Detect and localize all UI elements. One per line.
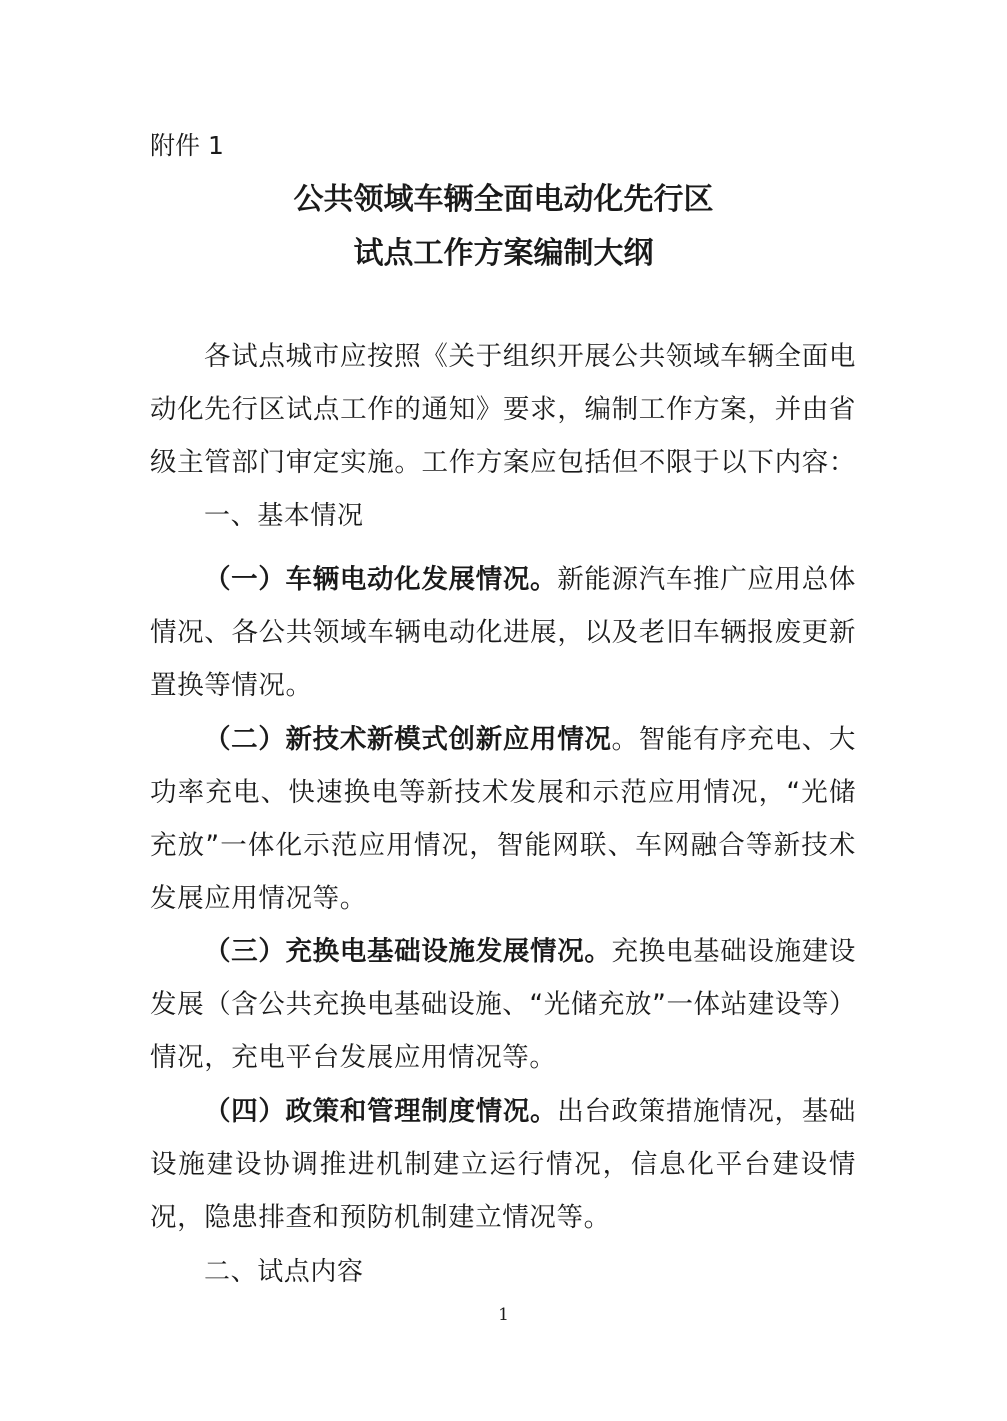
item-2-first-line: （二）新技术新模式创新应用情况。智能有序充电、大 [204, 720, 856, 760]
section-heading-pilot-content: 二、试点内容 [204, 1252, 364, 1292]
attachment-label: 附件 1 [150, 126, 224, 162]
document-title-line-2: 试点工作方案编制大纲 [0, 228, 1007, 272]
item-1-rest: 新能源汽车推广应用总体 [557, 564, 856, 595]
item-4-first-line: （四）政策和管理制度情况。出台政策措施情况，基础 [204, 1092, 856, 1132]
item-4-line-2: 设施建设协调推进机制建立运行情况，信息化平台建设情 [150, 1145, 856, 1185]
item-2-rest: 。智能有序充电、大 [612, 724, 856, 755]
item-3-line-3: 情况，充电平台发展应用情况等。 [150, 1038, 557, 1078]
intro-line-3: 级主管部门审定实施。工作方案应包括但不限于以下内容： [150, 443, 856, 483]
document-title-line-1: 公共领域车辆全面电动化先行区 [0, 174, 1007, 218]
item-4-rest: 出台政策措施情况，基础 [557, 1096, 856, 1127]
item-3-rest: 充换电基础设施建设 [612, 936, 856, 967]
item-4-lead: （四）政策和管理制度情况。 [204, 1096, 557, 1127]
item-1-line-3: 置换等情况。 [150, 666, 313, 706]
item-1-lead: （一）车辆电动化发展情况。 [204, 564, 557, 595]
item-2-line-3: 充放”一体化示范应用情况，智能网联、车网融合等新技术 [150, 826, 856, 866]
page-number: 1 [0, 1305, 1007, 1325]
item-3-line-2: 发展（含公共充换电基础设施、“光储充放”一体站建设等） [150, 985, 856, 1025]
item-1-first-line: （一）车辆电动化发展情况。新能源汽车推广应用总体 [204, 560, 856, 600]
intro-line-2: 动化先行区试点工作的通知》要求，编制工作方案，并由省 [150, 390, 856, 430]
intro-line-1: 各试点城市应按照《关于组织开展公共领域车辆全面电 [204, 337, 856, 377]
item-3-lead: （三）充换电基础设施发展情况。 [204, 936, 612, 967]
item-2-line-4: 发展应用情况等。 [150, 879, 367, 919]
item-2-lead: （二）新技术新模式创新应用情况 [204, 724, 612, 755]
item-3-first-line: （三）充换电基础设施发展情况。充换电基础设施建设 [204, 932, 856, 972]
section-heading-basic: 一、基本情况 [204, 496, 364, 536]
item-4-line-3: 况，隐患排查和预防机制建立情况等。 [150, 1198, 611, 1238]
item-2-line-2: 功率充电、快速换电等新技术发展和示范应用情况，“光储 [150, 773, 856, 813]
item-1-line-2: 情况、各公共领域车辆电动化进展，以及老旧车辆报废更新 [150, 613, 856, 653]
